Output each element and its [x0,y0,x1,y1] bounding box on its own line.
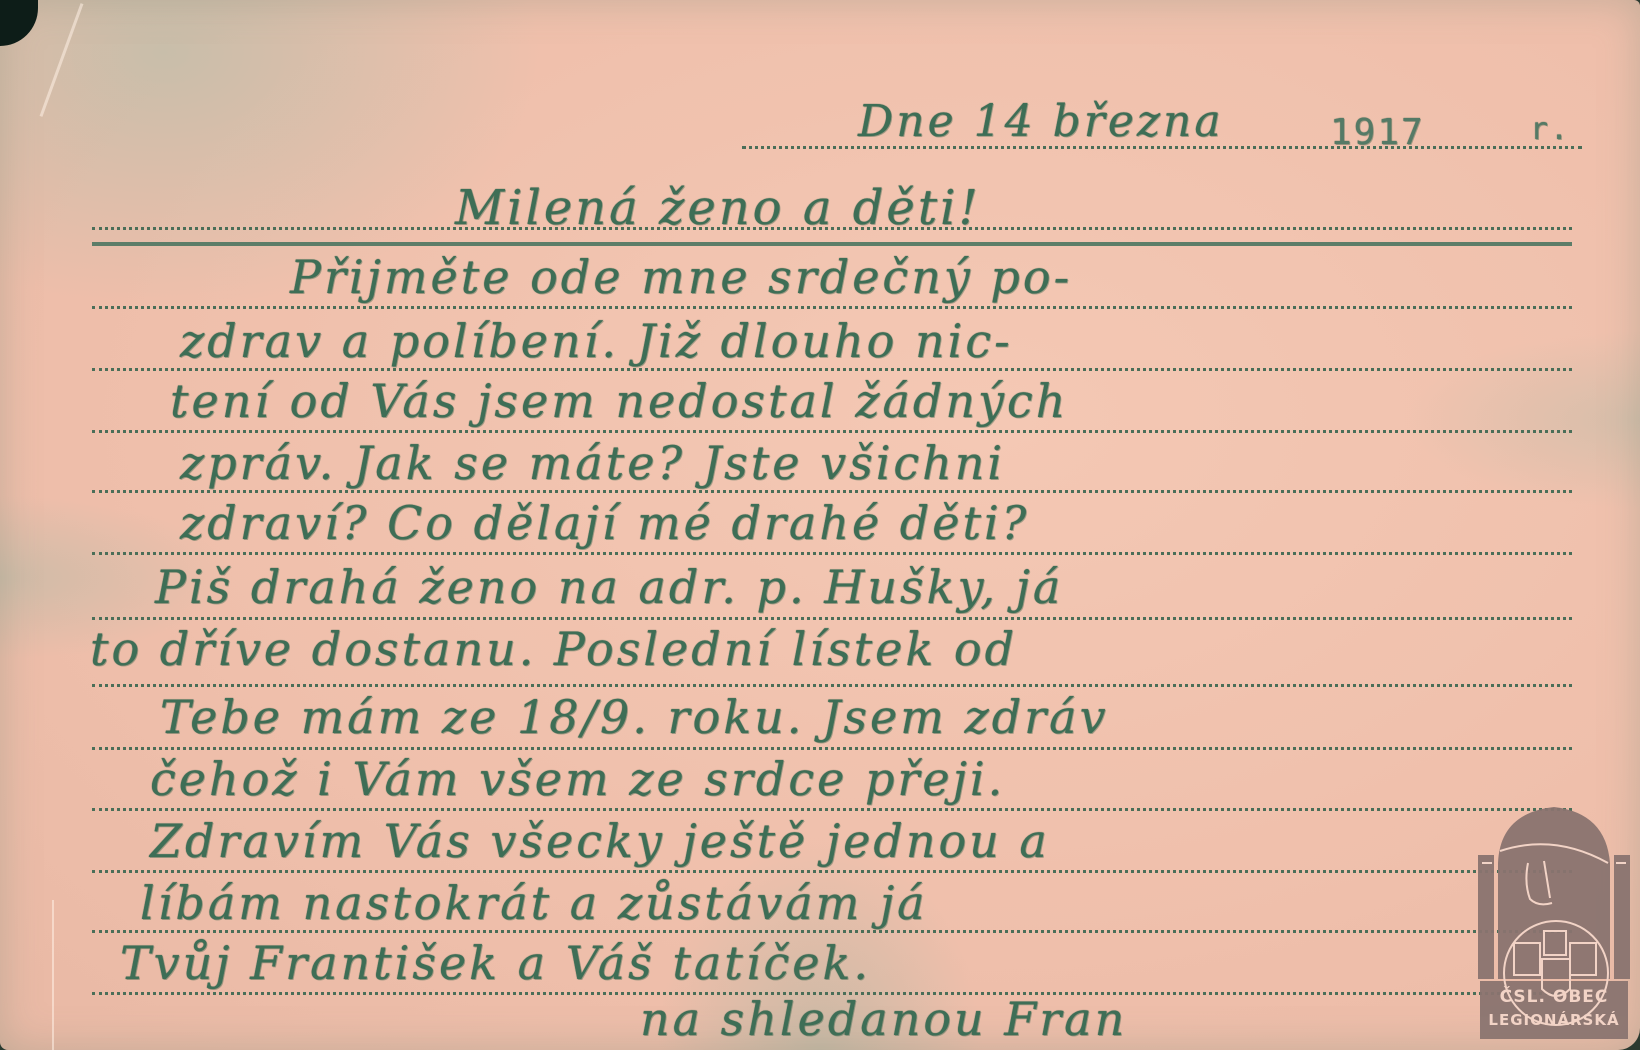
paper-crease [40,3,84,117]
body-line-1: Přijměte ode mne srdečný po- [290,250,1072,304]
body-line-8: Tebe mám ze 18/9. roku. Jsem zdráv [160,690,1109,744]
rule-line [92,930,1572,933]
body-line-12: Tvůj František a Váš tatíček. [120,936,871,990]
body-line-10: Zdravím Vás všecky ještě jednou a [150,814,1050,868]
rule-line [92,808,1572,811]
date-handwritten: Dne 14 března [858,96,1224,147]
rule-line [92,747,1572,750]
body-line-7: to dříve dostanu. Poslední lístek od [90,622,1017,676]
rule-line [92,552,1572,555]
body-line-5: zdraví? Co dělají mé drahé děti? [180,496,1029,550]
rule-line [92,430,1572,433]
closing-line: na shledanou Fran [640,992,1127,1046]
printed-year: 1917 [1330,112,1425,153]
rule-line [92,490,1572,493]
body-line-11: líbám nastokrát a zůstávám já [140,876,928,930]
year-suffix: r. [1530,112,1570,147]
paper-crease [52,900,54,1050]
body-line-3: tení od Vás jsem nedostal žádných [170,374,1068,428]
torn-corner [0,0,38,46]
body-line-9: čehož i Vám všem ze srdce přeji. [150,752,1005,806]
greeting-solid-rule [92,242,1572,246]
greeting: Milená ženo a děti! [455,180,981,236]
stamp-line-2: LEGIONÁRSKÁ [1478,1011,1630,1029]
rule-line [92,684,1572,687]
rule-line [92,368,1572,371]
rule-line [92,617,1572,620]
rule-line [92,306,1572,309]
legion-stamp: ČSL. OBEC LEGIONÁRSKÁ [1478,803,1630,1041]
stamp-line-1: ČSL. OBEC [1478,987,1630,1007]
body-line-6: Piš drahá ženo na adr. p. Hušky, já [155,560,1063,614]
body-line-4: zpráv. Jak se máte? Jste všichni [180,436,1005,490]
postcard: Dne 14 března 1917 r. Milená ženo a děti… [0,0,1640,1050]
body-line-2: zdrav a políbení. Již dlouho nic- [180,314,1013,368]
rule-line [92,870,1572,873]
